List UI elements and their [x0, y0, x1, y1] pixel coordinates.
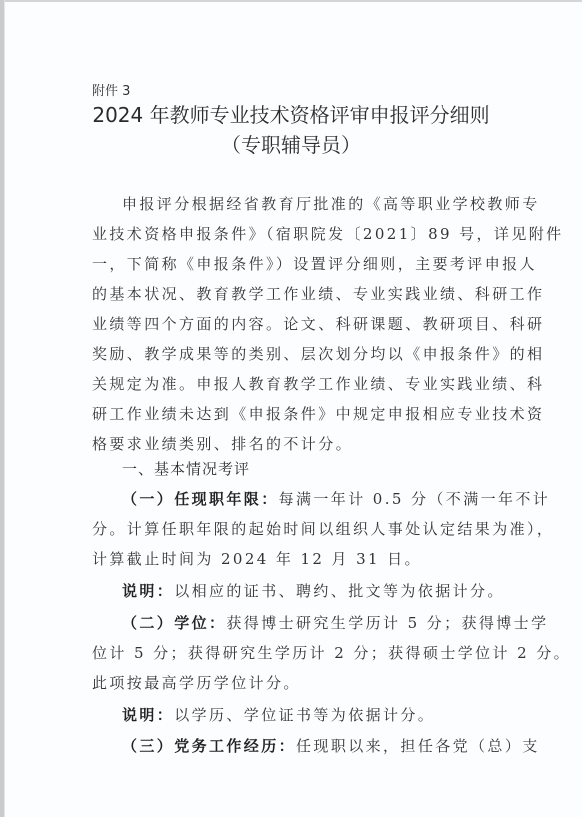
item2-line: 此项按最高学历学位计分。: [92, 672, 301, 694]
item1-line: 分。计算任职年限的起始时间以组织人事处认定结果为准），: [92, 518, 554, 540]
section-heading: 一、基本情况考评: [122, 458, 250, 480]
item1-note: 说明：以相应的证书、聘约、批文等为依据计分。: [122, 580, 505, 602]
item3-first-line: （三）党务工作经历：任现职以来，担任各党（总）支: [122, 735, 540, 757]
note-label: 说明：: [122, 582, 174, 600]
intro-line: 格要求业绩类别、排名的不计分。: [92, 433, 353, 455]
item1-text: 每满一年计 0.5 分（不满一年不计: [279, 490, 551, 508]
intro-line: 业技术资格申报条件》（宿职院发〔2021〕89 号，详见附件: [92, 223, 564, 245]
page-border-top: [0, 0, 582, 2]
item2-note: 说明：以学历、学位证书等为依据计分。: [122, 704, 435, 726]
intro-line: 研工作业绩未达到《申报条件》中规定申报相应专业技术资: [92, 403, 544, 425]
intro-line: 奖励、教学成果等的类别、层次划分均以《申报条件》的相: [92, 343, 544, 365]
item2-first-line: （二）学位：获得博士研究生学历计 5 分；获得博士学: [122, 612, 549, 634]
intro-line: 申报评分根据经省教育厅批准的《高等职业学校教师专: [122, 193, 540, 215]
intro-line: 业绩等四个方面的内容。论文、科研课题、教研项目、科研: [92, 313, 544, 335]
item2-text: 获得博士研究生学历计 5 分；获得博士学: [226, 614, 548, 632]
item3-text: 任现职以来，担任各党（总）支: [296, 737, 540, 755]
item1-first-line: （一）任现职年限：每满一年计 0.5 分（不满一年不计: [122, 488, 550, 510]
item1-line: 计算截止时间为 2024 年 12 月 31 日。: [92, 548, 422, 570]
intro-line: 的基本状况、教育教学工作业绩、专业实践业绩、科研工作: [92, 283, 544, 305]
document-title: 2024 年教师专业技术资格评审申报评分细则: [0, 99, 582, 128]
item2-label: （二）学位：: [122, 614, 226, 632]
document-subtitle: （专职辅导员）: [0, 129, 582, 158]
item2-line: 位计 5 分；获得研究生学历计 2 分；获得硕士学位计 2 分。: [92, 642, 571, 664]
note-label: 说明：: [122, 706, 174, 724]
item1-label: （一）任现职年限：: [122, 490, 279, 508]
intro-line: 关规定为准。申报人教育教学工作业绩、专业实践业绩、科: [92, 373, 544, 395]
attachment-label: 附件 3: [92, 80, 130, 99]
note-text: 以相应的证书、聘约、批文等为依据计分。: [174, 582, 505, 600]
item3-label: （三）党务工作经历：: [122, 737, 296, 755]
note-text: 以学历、学位证书等为依据计分。: [174, 706, 435, 724]
intro-line: 一，下简称《申报条件》）设置评分细则，主要考评申报人: [92, 253, 537, 275]
